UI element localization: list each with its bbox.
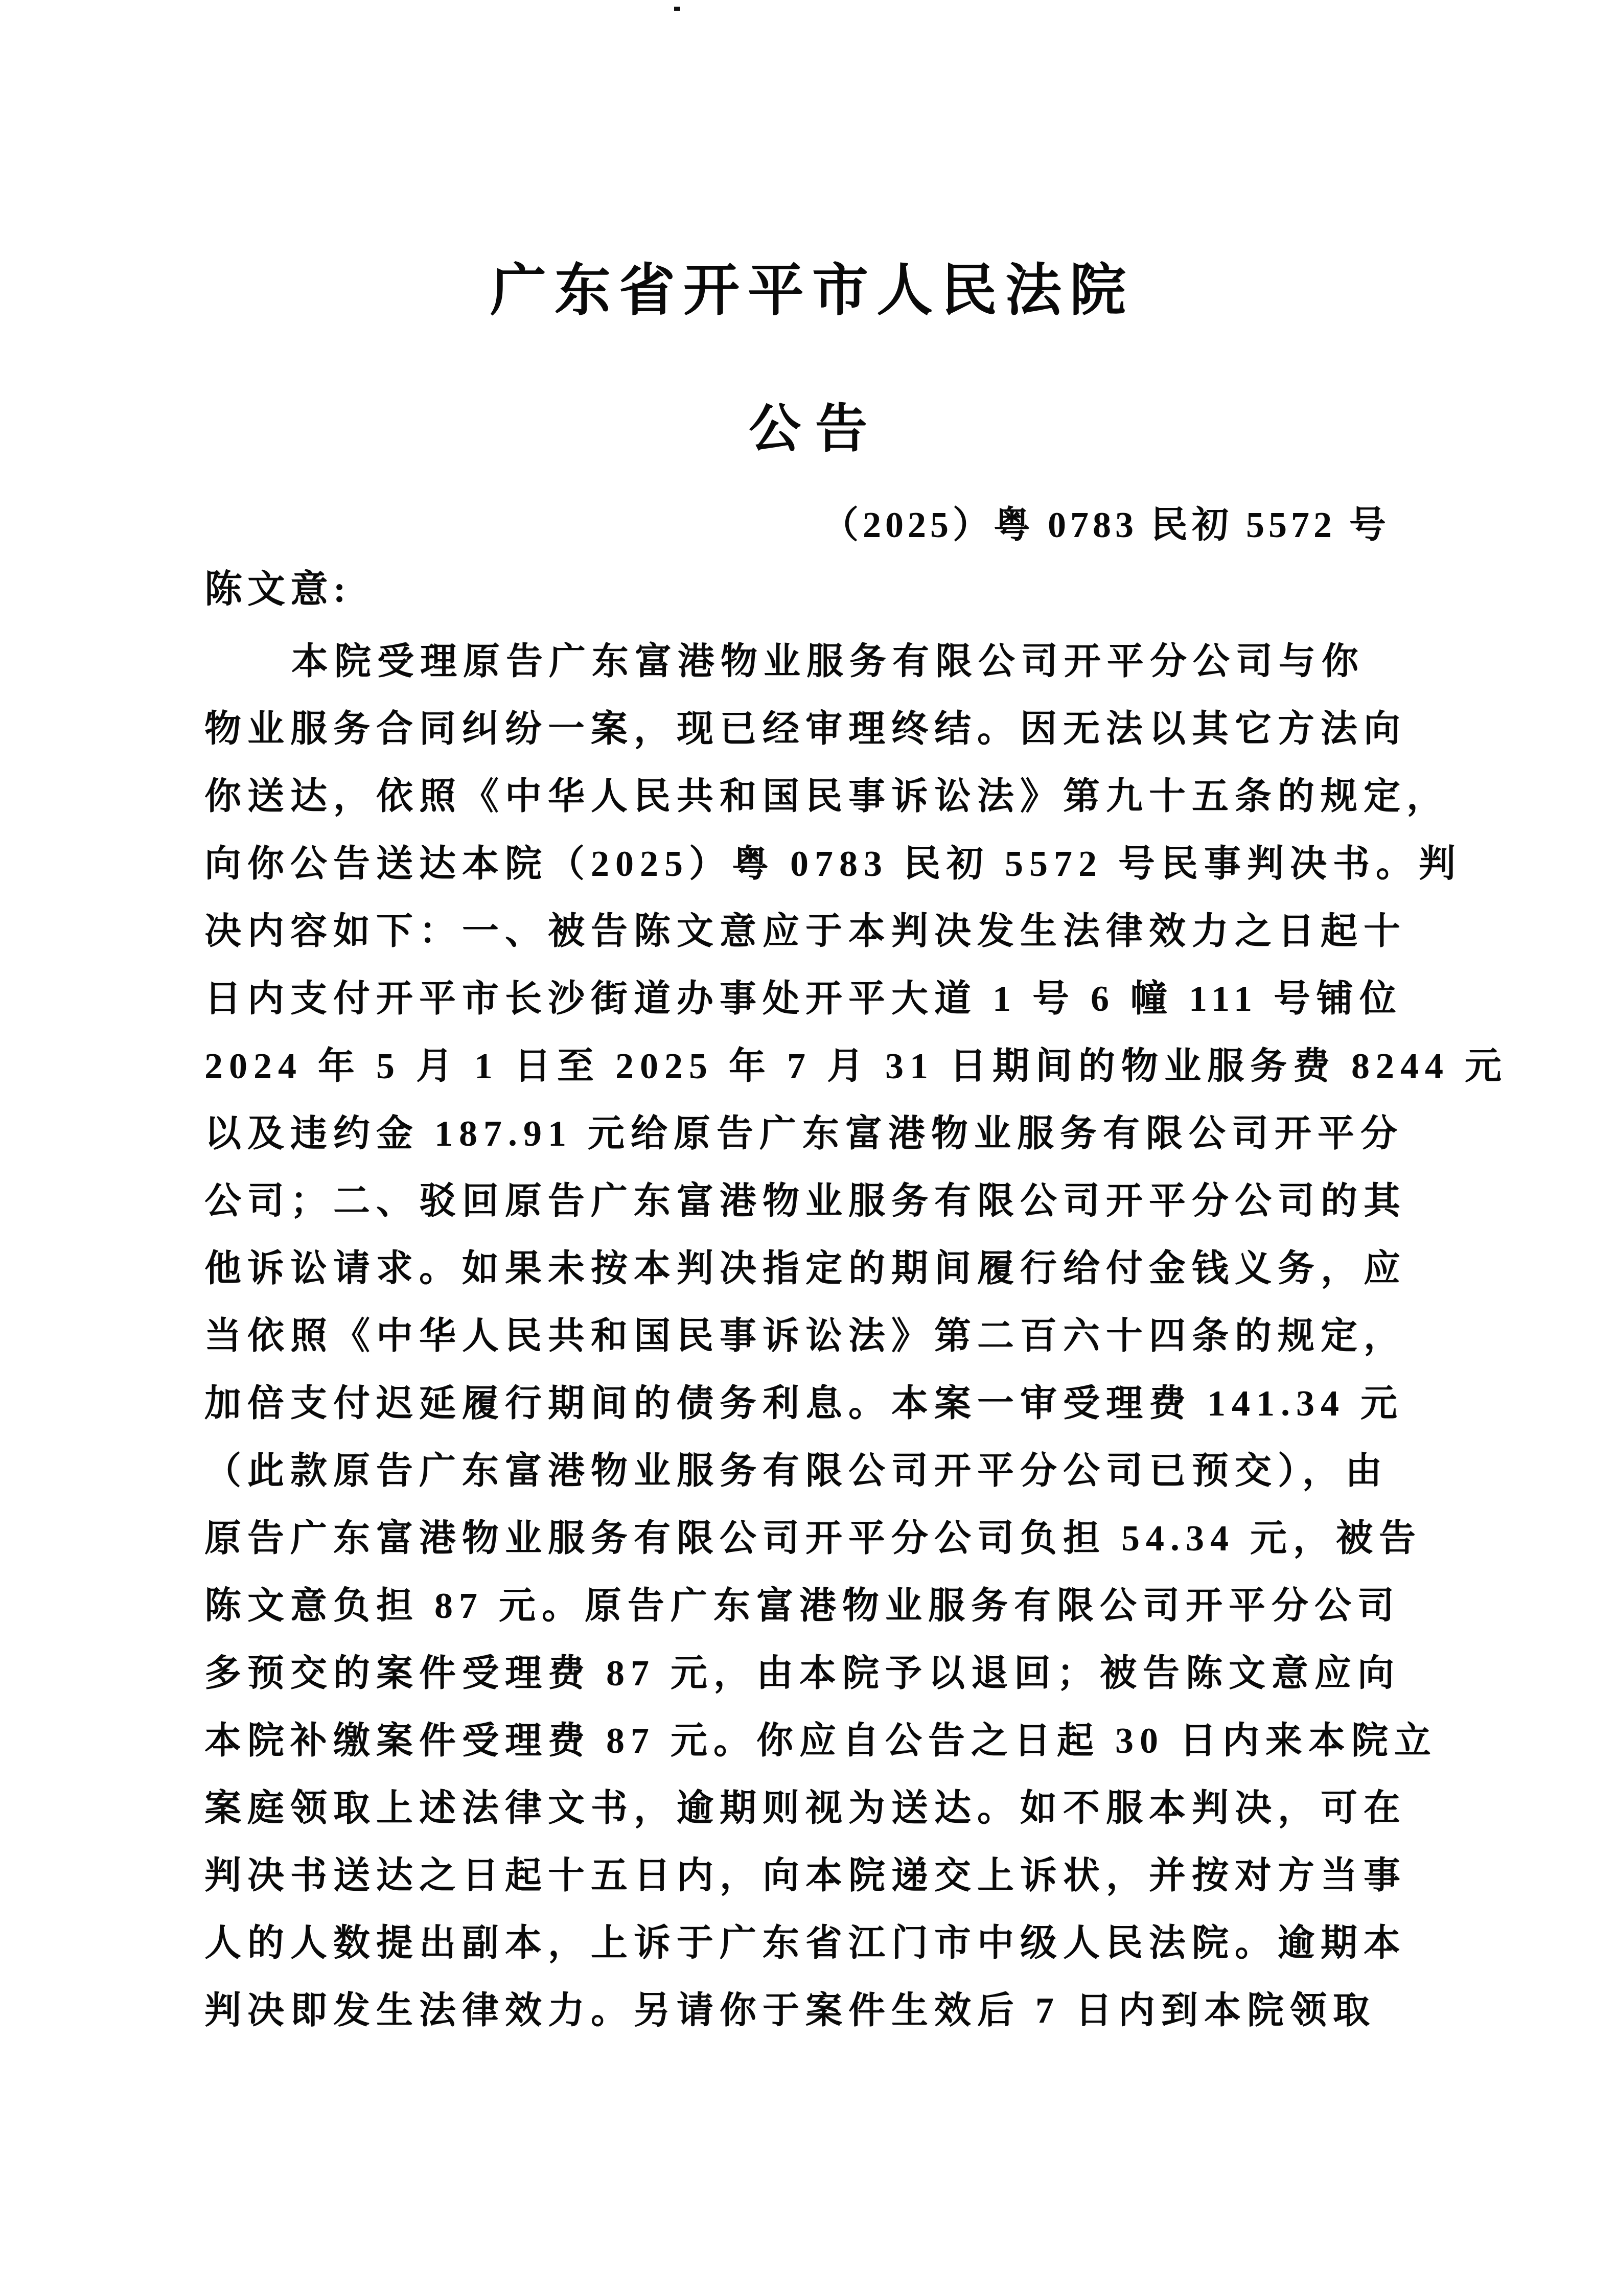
case-number: （2025）粤 0783 民初 5572 号 xyxy=(822,505,1390,545)
body-line: 案庭领取上述法律文书，逾期则视为送达。如不服本判决，可在 xyxy=(204,1774,1411,1842)
body-line: 人的人数提出副本，上诉于广东省江门市中级人民法院。逾期本 xyxy=(204,1909,1411,1977)
body-line: （此款原告广东富港物业服务有限公司开平分公司已预交），由 xyxy=(204,1437,1411,1504)
body-line: 物业服务合同纠纷一案，现已经审理终结。因无法以其它方法向 xyxy=(204,695,1411,762)
body-line: 决内容如下：一、被告陈文意应于本判决发生法律效力之日起十 xyxy=(204,897,1411,965)
announcement-body: 本院受理原告广东富港物业服务有限公司开平分公司与你 物业服务合同纠纷一案，现已经… xyxy=(204,628,1411,2044)
body-line: 判决书送达之日起十五日内，向本院递交上诉状，并按对方当事 xyxy=(204,1842,1411,1909)
announcement-page: 广东省开平市人民法院 公告 （2025）粤 0783 民初 5572 号 陈文意… xyxy=(0,0,1616,2296)
body-line: 判决即发生法律效力。另请你于案件生效后 7 日内到本院领取 xyxy=(204,1977,1411,2044)
body-line: 多预交的案件受理费 87 元，由本院予以退回；被告陈文意应向 xyxy=(204,1639,1411,1707)
body-line: 本院受理原告广东富港物业服务有限公司开平分公司与你 xyxy=(204,628,1411,695)
body-line: 他诉讼请求。如果未按本判决指定的期间履行给付金钱义务，应 xyxy=(204,1235,1411,1302)
body-line: 加倍支付迟延履行期间的债务利息。本案一审受理费 141.34 元 xyxy=(204,1370,1411,1437)
scan-artifact-mark xyxy=(674,7,680,11)
body-line: 向你公告送达本院（2025）粤 0783 民初 5572 号民事判决书。判 xyxy=(204,830,1411,897)
court-name-title: 广东省开平市人民法院 xyxy=(0,259,1616,323)
body-line: 当依照《中华人民共和国民事诉讼法》第二百六十四条的规定， xyxy=(204,1302,1411,1370)
body-line: 陈文意负担 87 元。原告广东富港物业服务有限公司开平分公司 xyxy=(204,1572,1411,1639)
body-line: 原告广东富港物业服务有限公司开平分公司负担 54.34 元，被告 xyxy=(204,1504,1411,1572)
body-line: 2024 年 5 月 1 日至 2025 年 7 月 31 日期间的物业服务费 … xyxy=(204,1032,1411,1100)
body-line: 以及违约金 187.91 元给原告广东富港物业服务有限公司开平分 xyxy=(204,1100,1411,1167)
document-type-title: 公告 xyxy=(0,400,1616,459)
body-line: 本院补缴案件受理费 87 元。你应自公告之日起 30 日内来本院立 xyxy=(204,1707,1411,1774)
recipient-name: 陈文意: xyxy=(204,569,351,611)
body-line: 日内支付开平市长沙街道办事处开平大道 1 号 6 幢 111 号铺位 xyxy=(204,965,1411,1032)
body-line: 你送达，依照《中华人民共和国民事诉讼法》第九十五条的规定， xyxy=(204,762,1411,830)
body-line: 公司；二、驳回原告广东富港物业服务有限公司开平分公司的其 xyxy=(204,1167,1411,1235)
